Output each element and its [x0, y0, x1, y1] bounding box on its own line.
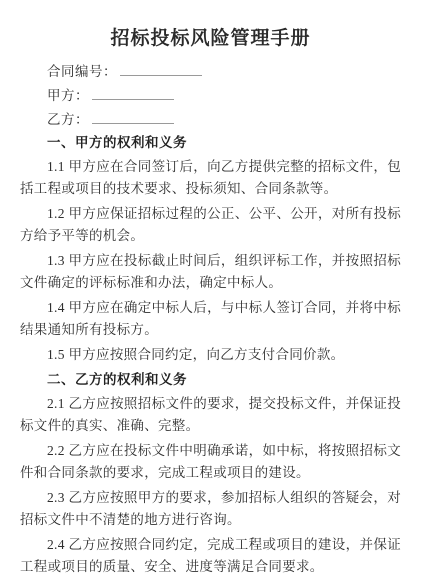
section-party-b: 二、乙方的权利和义务 2.1 乙方应按照招标文件的要求，提交投标文件，并保证投标… — [20, 369, 401, 578]
contract-number-label: 合同编号： — [47, 64, 117, 79]
contract-number-field: 合同编号： — [20, 60, 401, 84]
party-a-blank-line — [92, 86, 174, 100]
party-b-field: 乙方： — [20, 108, 401, 132]
party-b-blank-line — [92, 110, 174, 124]
party-b-label: 乙方： — [47, 112, 89, 127]
section-party-b-heading: 二、乙方的权利和义务 — [20, 369, 401, 391]
document-title: 招标投标风险管理手册 — [20, 26, 401, 52]
section-party-a: 一、甲方的权利和义务 1.1 甲方应在合同签订后，向乙方提供完整的招标文件，包括… — [20, 132, 401, 366]
clause-1-1: 1.1 甲方应在合同签订后，向乙方提供完整的招标文件，包括工程或项目的技术要求、… — [20, 156, 401, 200]
section-party-a-heading: 一、甲方的权利和义务 — [20, 132, 401, 154]
clause-2-2: 2.2 乙方应在投标文件中明确承诺，如中标，将按照招标文件和合同条款的要求，完成… — [20, 440, 401, 484]
document-page: 招标投标风险管理手册 合同编号： 甲方： 乙方： 一、甲方的权利和义务 1.1 … — [0, 0, 421, 580]
clause-1-5: 1.5 甲方应按照合同约定，向乙方支付合同价款。 — [20, 344, 401, 366]
clause-1-2: 1.2 甲方应保证招标过程的公正、公平、公开，对所有投标方给予平等的机会。 — [20, 203, 401, 247]
clause-1-3: 1.3 甲方应在投标截止时间后，组织评标工作，并按照招标文件确定的评标标准和办法… — [20, 250, 401, 294]
contract-header-fields: 合同编号： 甲方： 乙方： — [20, 60, 401, 132]
party-a-field: 甲方： — [20, 84, 401, 108]
party-a-label: 甲方： — [47, 88, 89, 103]
clause-1-4: 1.4 甲方应在确定中标人后，与中标人签订合同，并将中标结果通知所有投标方。 — [20, 297, 401, 341]
clause-2-4: 2.4 乙方应按照合同约定，完成工程或项目的建设，并保证工程或项目的质量、安全、… — [20, 534, 401, 578]
clause-2-1: 2.1 乙方应按照招标文件的要求，提交投标文件，并保证投标文件的真实、准确、完整… — [20, 393, 401, 437]
clause-2-3: 2.3 乙方应按照甲方的要求，参加招标人组织的答疑会，对招标文件中不清楚的地方进… — [20, 487, 401, 531]
contract-number-blank-line — [120, 62, 202, 76]
